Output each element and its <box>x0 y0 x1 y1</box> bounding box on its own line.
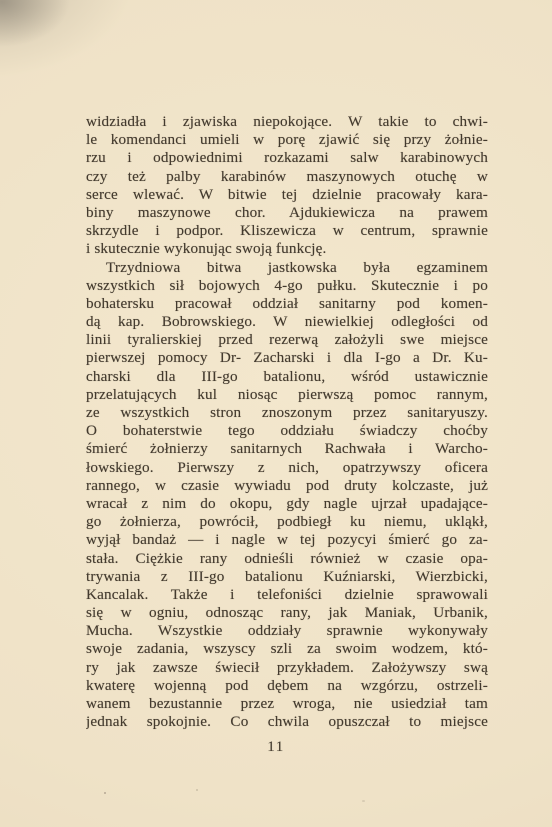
text-line: ry jak zawsze świecił przykładem. Założy… <box>86 659 488 677</box>
text-line: Trzydniowa bitwa jastkowska była egzamin… <box>86 259 488 277</box>
text-line: swoje zadania, wszyscy szli za swoim wod… <box>86 640 488 658</box>
text-line: łowskiego. Pierwszy z nich, opatrzywszy … <box>86 459 488 477</box>
text-line: rannego, w czasie wywiadu pod druty kolc… <box>86 477 488 495</box>
text-line: kwaterę wojenną pod dębem na wzgórzu, os… <box>86 677 488 695</box>
text-line: Mucha. Wszystkie oddziały sprawnie wykon… <box>86 622 488 640</box>
text-line: wyjął bandaż — i nagle w tej pozycyi śmi… <box>86 531 488 549</box>
text-line: i skutecznie wykonując swoją funkcję. <box>86 240 488 258</box>
text-line: go żołnierza, powrócił, podbiegł ku niem… <box>86 513 488 531</box>
text-line: pierwszej pomocy Dr- Zacharski i dla I-g… <box>86 349 488 367</box>
text-line: serce wlewać. W bitwie tej dzielnie prac… <box>86 186 488 204</box>
text-line: trywania z III-go batalionu Kuźniarski, … <box>86 568 488 586</box>
page-number: 11 <box>0 739 552 756</box>
text-line: ze wszystkich stron znoszonym przez sani… <box>86 404 488 422</box>
text-line: le komendanci umieli w porę zjawić się p… <box>86 131 488 149</box>
text-line: O bohaterstwie tego oddziału świadczy ch… <box>86 422 488 440</box>
text-line: czy też palby karabinów maszynowych otuc… <box>86 168 488 186</box>
text-line: się w ogniu, odnosząc rany, jak Maniak, … <box>86 604 488 622</box>
text-line: rzu i odpowiednimi rozkazami salw karabi… <box>86 149 488 167</box>
text-line: wszystkich sił bojowych 4-go pułku. Skut… <box>86 277 488 295</box>
paper-speck <box>196 789 198 791</box>
text-line: wracał z nim do okopu, gdy nagle ujrzał … <box>86 495 488 513</box>
book-page: widziadła i zjawiska niepokojące. W taki… <box>0 0 552 827</box>
body-text: widziadła i zjawiska niepokojące. W taki… <box>86 113 488 731</box>
text-line: bohatersku pracował oddział sanitarny po… <box>86 295 488 313</box>
text-line: linii tyralierskiej przed rezerwą założy… <box>86 331 488 349</box>
text-line: widziadła i zjawiska niepokojące. W taki… <box>86 113 488 131</box>
text-line: przelatujących kul niosąc pierwszą pomoc… <box>86 386 488 404</box>
text-line: wanem bezustannie przez wroga, nie usied… <box>86 695 488 713</box>
paper-speck <box>362 800 365 802</box>
text-line: stała. Ciężkie rany odnieśli również w c… <box>86 550 488 568</box>
text-line: skrzydle i podpor. Kliszewicza w centrum… <box>86 222 488 240</box>
text-line: śmierć żołnierzy sanitarnych Rachwała i … <box>86 440 488 458</box>
text-line: Kancalak. Także i telefoniści dzielnie s… <box>86 586 488 604</box>
text-line: jednak spokojnie. Co chwila opuszczał to… <box>86 713 488 731</box>
paper-speck <box>104 792 106 794</box>
text-line: biny maszynowe chor. Ajdukiewicza na pra… <box>86 204 488 222</box>
text-line: charski dla III-go batalionu, wśród usta… <box>86 368 488 386</box>
text-line: dą kap. Bobrowskiego. W niewielkiej odle… <box>86 313 488 331</box>
